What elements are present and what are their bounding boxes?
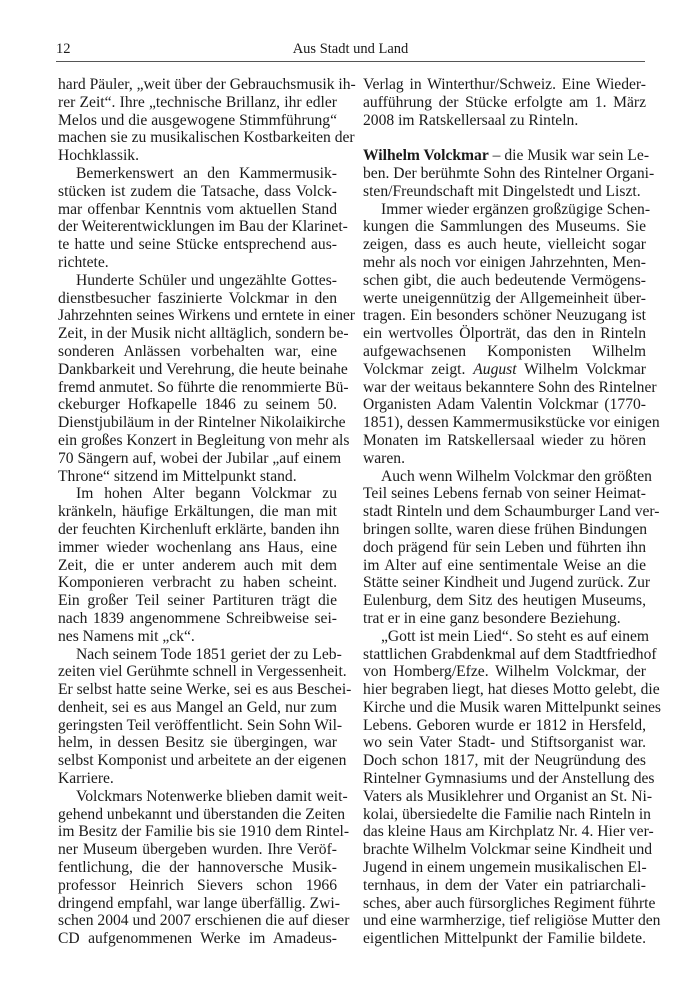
paragraph: Nach seinem Tode 1851 geriet der zu Leb-… <box>58 646 337 788</box>
text-line: Jugend in einem ungemein musikalischen E… <box>363 859 646 877</box>
text-line: Eulenburg, dem Sitz des heutigen Museums… <box>363 592 646 610</box>
text-line: Zeit, die er unter anderem auch mit dem <box>58 557 337 575</box>
text-line: Vaters als Musiklehrer und Organist an S… <box>363 788 646 806</box>
text-line: fentlichung, die der hannoversche Musik- <box>58 859 337 877</box>
text-line: im Besitz der Familie bis sie 1910 dem R… <box>58 823 337 841</box>
text-line: ckeburger Hofkapelle 1846 zu seinem 50. <box>58 396 337 414</box>
text-line: Stätte seiner Kindheit und Jugend zurück… <box>363 574 646 592</box>
text-line: aufführung der Stücke erfolgte am 1. Mär… <box>363 94 646 112</box>
text-line: rer Zeit“. Ihre „technische Brillanz, ih… <box>58 94 337 112</box>
text-line: Verlag in Winterthur/Schweiz. Eine Wiede… <box>363 76 646 94</box>
text-line: tragen. Ein besonders schöner Neuzugang … <box>363 307 646 325</box>
text-line: aufgewachsenen Komponisten Wilhelm <box>363 343 646 361</box>
paragraph: Auch wenn Wilhelm Volckmar den größten T… <box>363 468 646 628</box>
text-line: Volckmar zeigt. August Wilhelm Volckmar <box>363 361 646 379</box>
text-line: selbst Komponist und arbeitete an der ei… <box>58 752 337 770</box>
text-line: mehr als noch vor einigen Jahrzehnten, M… <box>363 254 646 272</box>
text-line: eigentlichen Mittelpunkt der Familie bil… <box>363 930 646 948</box>
text-line: Volckmars Notenwerke blieben damit weit- <box>58 788 337 806</box>
text-line: CD aufgenommenen Werke im Amadeus- <box>58 930 337 948</box>
text-line: dringend empfahl, war lange überfällig. … <box>58 895 337 913</box>
text-line: Nach seinem Tode 1851 geriet der zu Leb- <box>58 646 337 664</box>
text-line: Kirche und die Musik waren Mittelpunkt s… <box>363 699 646 717</box>
text-line: doch prägend für sein Leben und führten … <box>363 539 646 557</box>
text-line: stücken ist zudem die Tatsache, dass Vol… <box>58 183 337 201</box>
text-line: machen sie zu musikalischen Kostbarkeite… <box>58 129 337 147</box>
text-line: geringsten Teil veröffentlicht. Sein Soh… <box>58 717 337 735</box>
text-line: ternhaus, in dem der Vater ein patriarch… <box>363 877 646 895</box>
text-line: 1851), dessen Kammermusikstücke vor eini… <box>363 414 646 432</box>
text-line: te hatte und seine Stücke entsprechend a… <box>58 236 337 254</box>
text-line: Ein großer Teil seiner Partituren trägt … <box>58 592 337 610</box>
text-line: Auch wenn Wilhelm Volckmar den größten <box>363 468 646 486</box>
text-line: Hunderte Schüler und ungezählte Gottes- <box>58 272 337 290</box>
paragraph: Hunderte Schüler und ungezählte Gottes- … <box>58 272 337 486</box>
text-line: Bemerkenswert an den Kammermusik- <box>58 165 337 183</box>
text-line: trat er in eine ganz besondere Beziehung… <box>363 610 646 628</box>
text-line: Jahrzehnten seines Wirkens und erntete i… <box>58 307 337 325</box>
text-line: Er selbst hatte seine Werke, sei es aus … <box>58 681 337 699</box>
text-line: im Alter auf eine sentimentale Weise an … <box>363 557 646 575</box>
text-line: kolai, übersiedelte die Familie nach Rin… <box>363 806 646 824</box>
text-line: Dankbarkeit und Verehrung, die heute bei… <box>58 361 337 379</box>
text-line: das kleine Haus am Kirchplatz Nr. 4. Hie… <box>363 823 646 841</box>
text-line: gehend unbekannt und überstanden die Zei… <box>58 806 337 824</box>
text-line: wo sein Vater Stadt- und Stiftsorganist … <box>363 734 646 752</box>
text-fragment: Wilhelm Volckmar <box>517 361 646 378</box>
text-line: nes Namens mit „ck“. <box>58 628 337 646</box>
text-line: schen 2004 und 2007 erschienen die auf d… <box>58 912 337 930</box>
text-line: Komponieren verbracht zu haben scheint. <box>58 574 337 592</box>
text-line: Zeit, in der Musik nicht alltäglich, son… <box>58 325 337 343</box>
running-title: Aus Stadt und Land <box>56 41 645 58</box>
text-line: Dienstjubiläum in der Rintelner Nikolaik… <box>58 414 337 432</box>
text-line: Teil seines Lebens fernab von seiner Hei… <box>363 485 646 503</box>
text-line: hier begraben liegt, hat dieses Motto ge… <box>363 681 646 699</box>
text-line: 2008 im Ratskellersaal zu Rinteln. <box>363 112 646 130</box>
text-line: sonderen Anlässen vorbehalten war, eine <box>58 343 337 361</box>
text-line: werte uneigennützig der Allgemeinheit üb… <box>363 290 646 308</box>
text-line: ein wertvolles Ölporträt, das den in Rin… <box>363 325 646 343</box>
text-line: Melos und die ausgewogene Stimmführung“ <box>58 112 337 130</box>
text-line: brachte Wilhelm Volckmar seine Kindheit … <box>363 841 646 859</box>
text-line: Karriere. <box>58 770 337 788</box>
text-line: stattlichen Grabdenkmal auf dem Stadtfri… <box>363 646 646 664</box>
text-line: ner Museum übergeben wurden. Ihre Veröf- <box>58 841 337 859</box>
right-column: Verlag in Winterthur/Schweiz. Eine Wiede… <box>363 76 646 948</box>
text-line: mar offenbar Kenntnis vom aktuellen Stan… <box>58 201 337 219</box>
text-line: sten/Freundschaft mit Dingelstedt und Li… <box>363 183 646 201</box>
text-line: bringen sollte, waren diese frühen Bindu… <box>363 521 646 539</box>
section-caption: Wilhelm Volckmar – die Musik war sein Le… <box>363 147 646 200</box>
text-line: Immer wieder ergänzen großzügige Schen- <box>363 201 646 219</box>
text-line: ben. Der berühmte Sohn des Rintelner Org… <box>363 165 646 183</box>
text-line: Rintelner Gymnasiums und der Anstellung … <box>363 770 646 788</box>
paragraph-continuation: Verlag in Winterthur/Schweiz. Eine Wiede… <box>363 76 646 129</box>
text-line: fremd anmutet. So führte die renommierte… <box>58 379 337 397</box>
paragraph: hard Päuler, „weit über der Gebrauchsmus… <box>58 76 337 165</box>
text-line: sches, aber auch fürsorgliches Regiment … <box>363 895 646 913</box>
text-line: von Homberg/Efze. Wilhelm Volckmar, der <box>363 663 646 681</box>
text-fragment: Volckmar zeigt. <box>363 361 473 378</box>
text-line: schen gibt, die auch bedeutende Vermögen… <box>363 272 646 290</box>
text-line: „Gott ist mein Lied“. So steht es auf ei… <box>363 628 646 646</box>
paragraph: Immer wieder ergänzen großzügige Schen- … <box>363 201 646 468</box>
italic-emphasis: August <box>473 361 516 378</box>
text-line: Hochklassik. <box>58 147 337 165</box>
text-line: Wilhelm Volckmar – die Musik war sein Le… <box>363 147 646 165</box>
text-line: und eine warmherzige, tief religiöse Mut… <box>363 912 646 930</box>
left-column: hard Päuler, „weit über der Gebrauchsmus… <box>58 76 337 948</box>
text-line: der feuchten Kirchenluft erklärte, bande… <box>58 521 337 539</box>
text-line: war der weitaus bekanntere Sohn des Rint… <box>363 379 646 397</box>
text-line: denheit, sei es aus Mangel an Geld, nur … <box>58 699 337 717</box>
text-line: dienstbesucher faszinierte Volckmar in d… <box>58 290 337 308</box>
text-line: hard Päuler, „weit über der Gebrauchsmus… <box>58 76 337 94</box>
paragraph: „Gott ist mein Lied“. So steht es auf ei… <box>363 628 646 948</box>
text-line: waren. <box>363 450 646 468</box>
text-line: kränkeln, häufige Erkältungen, die man m… <box>58 503 337 521</box>
text-line: stadt Rinteln und dem Schaumburger Land … <box>363 503 646 521</box>
text-line: helm, in dessen Besitz sie übergingen, w… <box>58 734 337 752</box>
paragraph: Im hohen Alter begann Volckmar zu kränke… <box>58 485 337 645</box>
caption-bold-name: Wilhelm Volckmar <box>363 147 489 164</box>
text-line: professor Heinrich Sievers schon 1966 <box>58 877 337 895</box>
text-line: nach 1839 angenommene Schreibweise sei- <box>58 610 337 628</box>
text-line: ein großes Konzert in Begleitung von meh… <box>58 432 337 450</box>
text-line: zeigen, dass es auch heute, vielleicht s… <box>363 236 646 254</box>
text-line: der Weiterentwicklungen im Bau der Klari… <box>58 218 337 236</box>
paragraph: Volckmars Notenwerke blieben damit weit-… <box>58 788 337 948</box>
text-line: Im hohen Alter begann Volckmar zu <box>58 485 337 503</box>
text-line: Monaten im Ratskellersaal wieder zu höre… <box>363 432 646 450</box>
text-line: richtete. <box>58 254 337 272</box>
caption-text: – die Musik war sein Le- <box>489 147 649 164</box>
text-line: kungen die Sammlungen des Museums. Sie <box>363 218 646 236</box>
text-line: zeiten viel Gerühmte schnell in Vergesse… <box>58 663 337 681</box>
running-header: 12 Aus Stadt und Land <box>56 41 645 62</box>
paragraph: Bemerkenswert an den Kammermusik- stücke… <box>58 165 337 272</box>
text-line: Throne“ sitzend im Mittelpunkt stand. <box>58 468 337 486</box>
text-line: immer wieder wochenlang ans Haus, eine <box>58 539 337 557</box>
text-line: Lebens. Geboren wurde er 1812 in Hersfel… <box>363 717 646 735</box>
text-line: Doch schon 1817, mit der Neugründung des <box>363 752 646 770</box>
text-line: Organisten Adam Valentin Volckmar (1770- <box>363 396 646 414</box>
text-line: 70 Sängern auf, wobei der Jubilar „auf e… <box>58 450 337 468</box>
